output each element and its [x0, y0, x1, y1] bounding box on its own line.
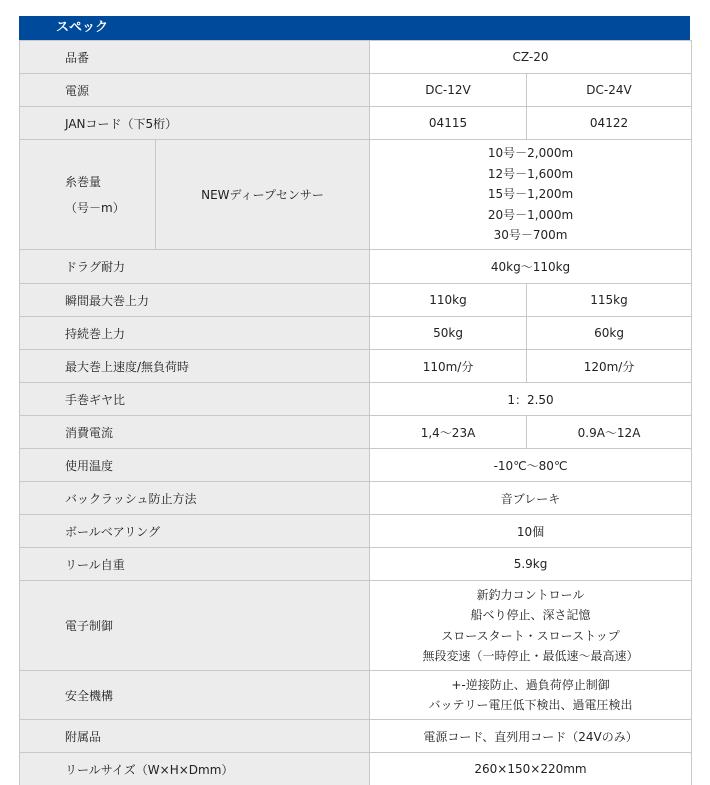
row-label: リールサイズ（W×H×Dmm） — [20, 753, 370, 785]
row-value-24v: 60kg — [527, 317, 692, 350]
row-label: 瞬間最大巻上力 — [20, 284, 370, 317]
value-line: バッテリー電圧低下検出、過電圧検出 — [370, 695, 691, 716]
table-row: バックラッシュ防止方法 音ブレーキ — [20, 482, 692, 515]
row-value-12v: 50kg — [370, 317, 527, 350]
row-value: 10号－2,000m 12号－1,600m 15号－1,200m 20号－1,0… — [370, 140, 692, 250]
row-value-12v: 110kg — [370, 284, 527, 317]
table-row: 最大巻上速度/無負荷時 110m/分 120m/分 — [20, 350, 692, 383]
table-row: 瞬間最大巻上力 110kg 115kg — [20, 284, 692, 317]
row-value: 10個 — [370, 515, 692, 548]
row-label: 消費電流 — [20, 416, 370, 449]
row-value: 1：2.50 — [370, 383, 692, 416]
row-label: 附属品 — [20, 720, 370, 753]
value-line: 20号－1,000m — [370, 205, 691, 226]
spec-table: 品番 CZ-20 電源 DC-12V DC-24V JANコード（下5桁） 04… — [19, 40, 692, 785]
value-line: 15号－1,200m — [370, 184, 691, 205]
row-value: CZ-20 — [370, 41, 692, 74]
table-row: 品番 CZ-20 — [20, 41, 692, 74]
row-label: 最大巻上速度/無負荷時 — [20, 350, 370, 383]
row-label: 糸巻量 （号－m） — [20, 140, 156, 250]
row-value-24v: 115kg — [527, 284, 692, 317]
row-value: 音ブレーキ — [370, 482, 692, 515]
row-label: 手巻ギヤ比 — [20, 383, 370, 416]
row-label: リール自重 — [20, 548, 370, 581]
row-value-12v: 110m/分 — [370, 350, 527, 383]
table-row: 安全機構 +-逆接防止、過負荷停止制御 バッテリー電圧低下検出、過電圧検出 — [20, 671, 692, 720]
table-row: 電子制御 新釣力コントロール 船べり停止、深さ記憶 スロースタート・スローストッ… — [20, 581, 692, 671]
row-label: 電子制御 — [20, 581, 370, 671]
row-label: 安全機構 — [20, 671, 370, 720]
row-value: -10℃〜80℃ — [370, 449, 692, 482]
value-line: +-逆接防止、過負荷停止制御 — [370, 675, 691, 696]
value-line: 新釣力コントロール — [370, 585, 691, 606]
value-line: 船べり停止、深さ記憶 — [370, 605, 691, 626]
table-row: 電源 DC-12V DC-24V — [20, 74, 692, 107]
table-row: JANコード（下5桁） 04115 04122 — [20, 107, 692, 140]
table-row: リールサイズ（W×H×Dmm） 260×150×220mm — [20, 753, 692, 785]
row-value-24v: DC-24V — [527, 74, 692, 107]
value-line: 無段変速（一時停止・最低速〜最高速） — [370, 646, 691, 667]
row-value: +-逆接防止、過負荷停止制御 バッテリー電圧低下検出、過電圧検出 — [370, 671, 692, 720]
row-value-12v: 1,4〜23A — [370, 416, 527, 449]
row-value-24v: 04122 — [527, 107, 692, 140]
table-row: 使用温度 -10℃〜80℃ — [20, 449, 692, 482]
table-row: 糸巻量 （号－m） NEWディープセンサー 10号－2,000m 12号－1,6… — [20, 140, 692, 250]
table-row: ドラグ耐力 40kg〜110kg — [20, 250, 692, 284]
value-line: 12号－1,600m — [370, 164, 691, 185]
section-header: スペック — [19, 16, 690, 40]
row-value: 40kg〜110kg — [370, 250, 692, 284]
row-label: ボールベアリング — [20, 515, 370, 548]
row-value-24v: 0.9A〜12A — [527, 416, 692, 449]
table-row: リール自重 5.9kg — [20, 548, 692, 581]
row-label: バックラッシュ防止方法 — [20, 482, 370, 515]
row-value-12v: 04115 — [370, 107, 527, 140]
row-value: 5.9kg — [370, 548, 692, 581]
table-row: 消費電流 1,4〜23A 0.9A〜12A — [20, 416, 692, 449]
row-label: ドラグ耐力 — [20, 250, 370, 284]
value-line: スロースタート・スローストップ — [370, 626, 691, 647]
row-label-line: 糸巻量 — [65, 169, 155, 195]
row-value-24v: 120m/分 — [527, 350, 692, 383]
table-row: 持続巻上力 50kg 60kg — [20, 317, 692, 350]
row-label: 持続巻上力 — [20, 317, 370, 350]
row-sublabel: NEWディープセンサー — [156, 140, 370, 250]
table-row: 附属品 電源コード、直列用コード（24Vのみ） — [20, 720, 692, 753]
value-line: 30号－700m — [370, 225, 691, 246]
section-title: スペック — [56, 20, 108, 35]
row-value: 新釣力コントロール 船べり停止、深さ記憶 スロースタート・スローストップ 無段変… — [370, 581, 692, 671]
row-label-line: （号－m） — [65, 195, 155, 221]
row-label: 品番 — [20, 41, 370, 74]
table-row: ボールベアリング 10個 — [20, 515, 692, 548]
row-value: 260×150×220mm — [370, 753, 692, 785]
row-label: JANコード（下5桁） — [20, 107, 370, 140]
value-line: 10号－2,000m — [370, 143, 691, 164]
table-row: 手巻ギヤ比 1：2.50 — [20, 383, 692, 416]
row-value-12v: DC-12V — [370, 74, 527, 107]
row-label: 使用温度 — [20, 449, 370, 482]
row-label: 電源 — [20, 74, 370, 107]
row-value: 電源コード、直列用コード（24Vのみ） — [370, 720, 692, 753]
